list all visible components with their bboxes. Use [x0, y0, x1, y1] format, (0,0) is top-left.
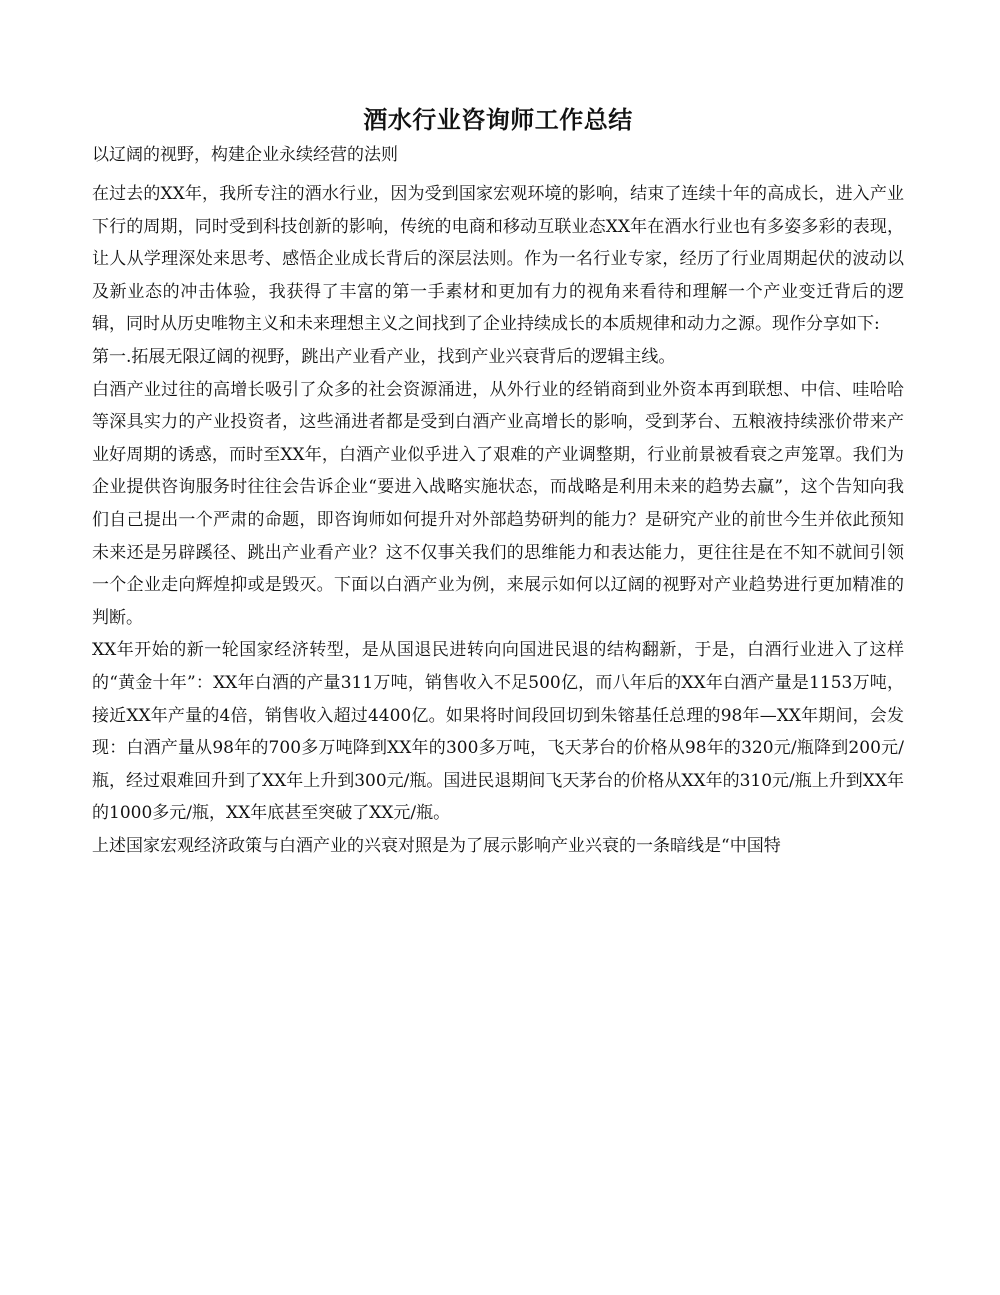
- paragraph-intro: 在过去的XX年，我所专注的酒水行业，因为受到国家宏观环境的影响，结束了连续十年的…: [92, 178, 904, 341]
- paragraph-conclusion-partial: 上述国家宏观经济政策与白酒产业的兴衰对照是为了展示影响产业兴衰的一条暗线是“中国…: [92, 830, 904, 863]
- document-subtitle: 以辽阔的视野，构建企业永续经营的法则: [92, 140, 904, 170]
- paragraph-baijiu-growth: 白酒产业过往的高增长吸引了众多的社会资源涌进，从外行业的经销商到业外资本再到联想…: [92, 374, 904, 635]
- paragraph-golden-decade: XX年开始的新一轮国家经济转型，是从国退民进转向向国进民退的结构翻新，于是，白酒…: [92, 634, 904, 830]
- section-heading-1: 第一.拓展无限辽阔的视野，跳出产业看产业，找到产业兴衰背后的逻辑主线。: [92, 341, 904, 374]
- document-page: 酒水行业咨询师工作总结 以辽阔的视野，构建企业永续经营的法则 在过去的XX年，我…: [92, 100, 904, 862]
- document-title: 酒水行业咨询师工作总结: [92, 100, 904, 140]
